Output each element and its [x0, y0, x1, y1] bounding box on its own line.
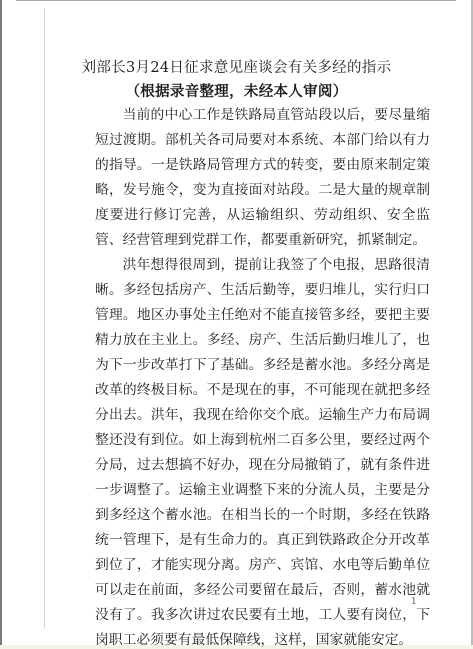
paragraph-2: 洪年想得很周到，提前让我签了个电报，思路很清晰。多经包括房产、生活后勤等，要归堆… [95, 253, 430, 649]
document-subtitle: （根据录音整理，未经本人审阅） [0, 80, 473, 101]
paragraph-1: 当前的中心工作是铁路局直管站段以后，要尽量缩短过渡期。部机关各司局要对本系统、本… [95, 103, 430, 253]
scan-top-border [16, 0, 456, 1]
document-title: 刘部长3月24日征求意见座谈会有关多经的指示 [0, 56, 473, 77]
document-body: 当前的中心工作是铁路局直管站段以后，要尽量缩短过渡期。部机关各司局要对本系统、本… [95, 103, 430, 649]
scan-artifact-line [44, 8, 45, 628]
page-number: 1 [411, 597, 417, 607]
